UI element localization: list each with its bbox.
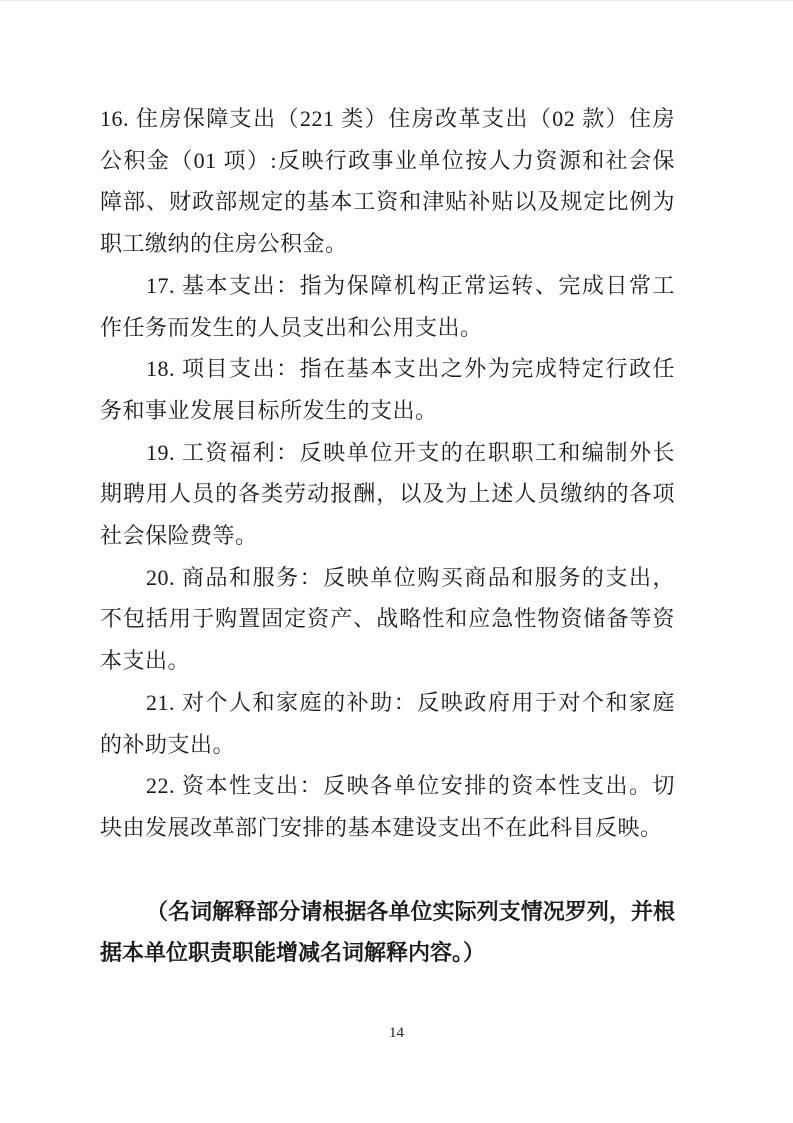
term-paragraph-19: 19. 工资福利：反映单位开支的在职职工和编制外长期聘用人员的各类劳动报酬，以及… — [100, 432, 675, 557]
page-number: 14 — [0, 1024, 793, 1042]
terms-section: 16. 住房保障支出（221 类）住房改革支出（02 款）住房公积金（01 项）… — [100, 1, 675, 974]
term-paragraph-17: 17. 基本支出：指为保障机构正常运转、完成日常工作任务而发生的人员支出和公用支… — [100, 265, 675, 348]
term-paragraph-21: 21. 对个人和家庭的补助：反映政府用于对个和家庭的补助支出。 — [100, 682, 675, 765]
term-paragraph-16: 16. 住房保障支出（221 类）住房改革支出（02 款）住房公积金（01 项）… — [100, 98, 675, 265]
term-paragraph-20: 20. 商品和服务：反映单位购买商品和服务的支出，不包括用于购置固定资产、战略性… — [100, 557, 675, 682]
term-paragraph-22: 22. 资本性支出：反映各单位安排的资本性支出。切块由发展改革部门安排的基本建设… — [100, 765, 675, 848]
document-page: 16. 住房保障支出（221 类）住房改革支出（02 款）住房公积金（01 项）… — [0, 0, 793, 1123]
editor-note: （名词解释部分请根据各单位实际列支情况罗列，并根据本单位职责职能增减名词解释内容… — [100, 891, 675, 974]
term-paragraph-18: 18. 项目支出：指在基本支出之外为完成特定行政任务和事业发展目标所发生的支出。 — [100, 348, 675, 431]
